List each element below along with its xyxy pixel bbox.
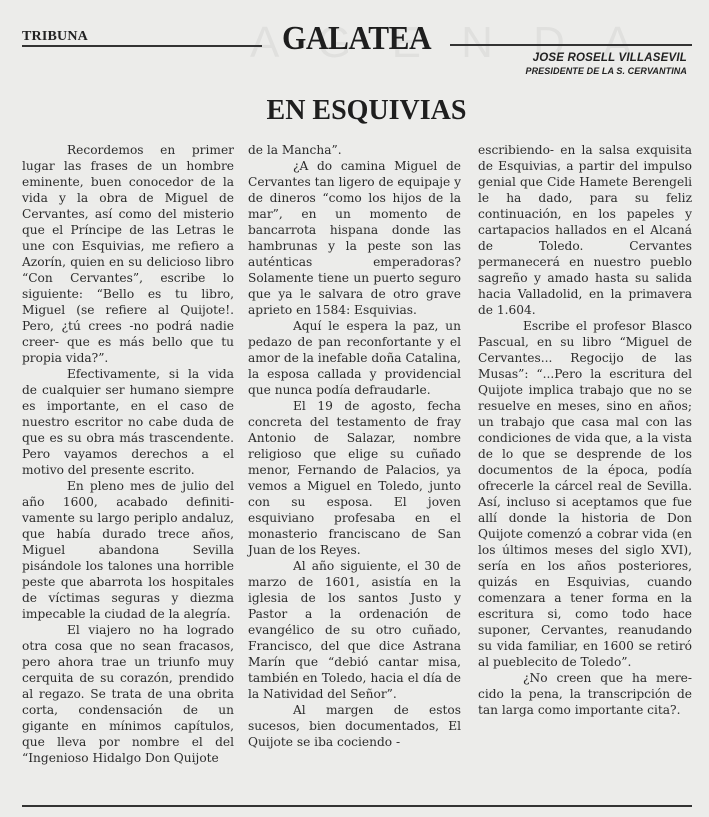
paragraph: ¿No creen que ha mere­cido la pena, la t… — [478, 670, 692, 718]
paragraph: Aquí le espera la paz, un pedazo de pan … — [248, 318, 461, 398]
article-headline: EN ESQUIVIAS — [0, 95, 709, 127]
byline: JOSE ROSELL VILLASEVIL PRESIDENTE DE LA … — [525, 52, 687, 76]
author-name: JOSE ROSELL VILLASEVIL — [525, 52, 687, 64]
paragraph: Al margen de estos sucesos, bien documen… — [248, 702, 461, 750]
paragraph-continuation: escribiendo- en la salsa exqui­sita de E… — [478, 142, 692, 318]
section-label: TRIBUNA — [22, 29, 88, 45]
article-column-2: de la Mancha”. ¿A do camina Miguel de Ce… — [248, 142, 461, 750]
header-rule-right — [450, 44, 692, 46]
footer-rule — [22, 805, 692, 807]
paragraph: El 19 de agosto, fecha concreta del test… — [248, 398, 461, 558]
newspaper-page: A G E N D A TRIBUNA GALATEA JOSE ROSELL … — [0, 0, 709, 817]
paragraph: Efectivamente, si la vida de cualquier s… — [22, 366, 234, 478]
paragraph-continuation: de la Mancha”. — [248, 142, 461, 158]
paragraph: El viajero no ha logrado otra cosa que n… — [22, 622, 234, 766]
article-column-3: escribiendo- en la salsa exqui­sita de E… — [478, 142, 692, 718]
paragraph: Al año siguiente, el 30 de marzo de 1601… — [248, 558, 461, 702]
author-role: PRESIDENTE DE LA S. CERVANTINA — [525, 66, 687, 76]
masthead-title: GALATEA — [282, 20, 431, 58]
article-column-1: Recordemos en primer lugar las frases de… — [22, 142, 234, 766]
paragraph: ¿A do camina Miguel de Cervantes tan lig… — [248, 158, 461, 318]
article-body: Recordemos en primer lugar las frases de… — [22, 142, 692, 797]
header-rule-left — [22, 45, 262, 47]
paragraph: Escribe el profesor Blasco Pascual, en s… — [478, 318, 692, 670]
paragraph: En pleno mes de julio del año 1600, acab… — [22, 478, 234, 622]
paragraph: Recordemos en primer lugar las frases de… — [22, 142, 234, 366]
